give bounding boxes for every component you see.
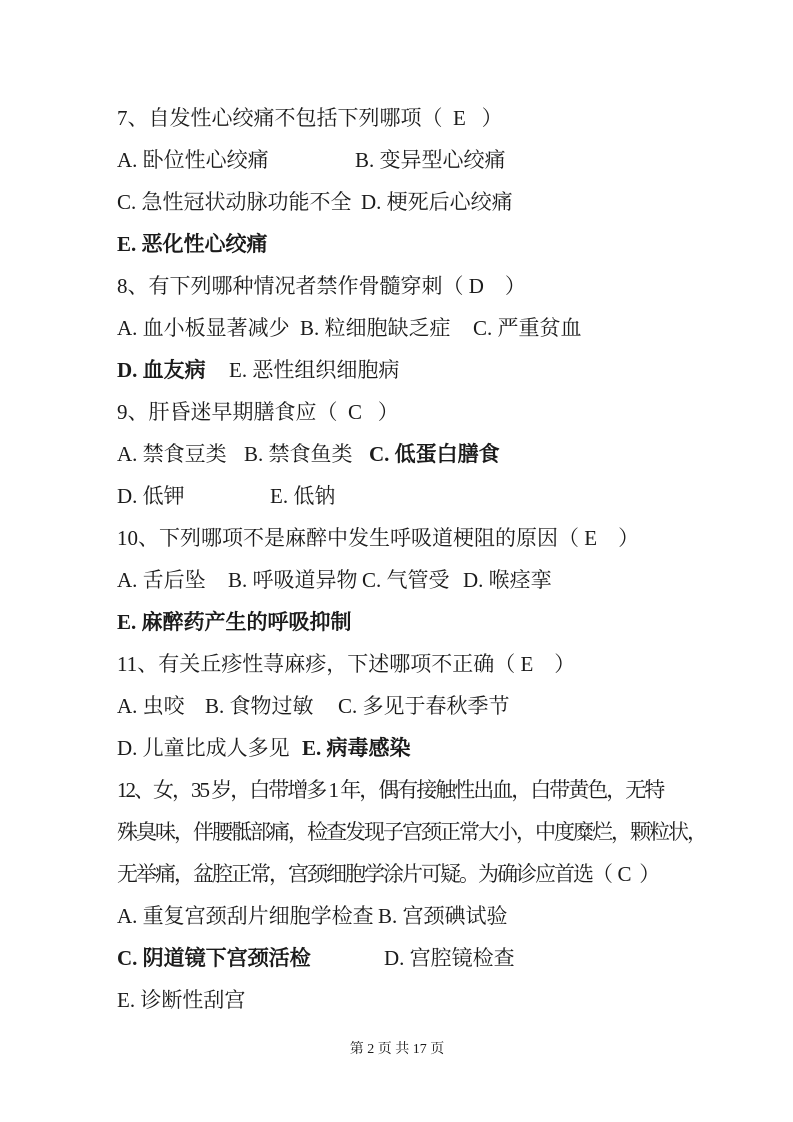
q11-option-b: B. 食物过敏 xyxy=(205,691,314,721)
q9-option-e: E. 低钠 xyxy=(270,481,335,511)
document-page: 7、自发性心绞痛不包括下列哪项（ E ）A. 卧位性心绞痛B. 变异型心绞痛C.… xyxy=(0,0,793,1122)
q10-option-a: A. 舌后坠 xyxy=(117,565,206,595)
q10-option-e: E. 麻醉药产生的呼吸抑制 xyxy=(117,607,352,637)
q12-option-b: B. 宫颈碘试验 xyxy=(378,901,508,931)
q7-option-a: A. 卧位性心绞痛 xyxy=(117,145,269,175)
q12-stem-text-3: 无举痛，盆腔正常，宫颈细胞学涂片可疑。为确诊应首选（ C ） xyxy=(117,859,658,889)
q8-option-e: E. 恶性组织细胞病 xyxy=(229,355,399,385)
q9-stem-text: 9、肝昏迷早期膳食应（ C ） xyxy=(117,397,399,427)
q9-options-row-2: D. 低钾E. 低钠 xyxy=(0,481,793,515)
q10-option-d: D. 喉痉挛 xyxy=(463,565,552,595)
q10-options-row-1: A. 舌后坠B. 呼吸道异物C. 气管受D. 喉痉挛 xyxy=(0,565,793,599)
q12-option-c: C. 阴道镜下宫颈活检 xyxy=(117,943,311,973)
q11-options-row-2: D. 儿童比成人多见E. 病毒感染 xyxy=(0,733,793,767)
q12-option-e: E. 诊断性刮宫 xyxy=(117,985,245,1015)
q8-options-row-2: D. 血友病E. 恶性组织细胞病 xyxy=(0,355,793,389)
q12-stem-line-3: 无举痛，盆腔正常，宫颈细胞学涂片可疑。为确诊应首选（ C ） xyxy=(0,859,793,893)
q12-option-d: D. 宫腔镜检查 xyxy=(384,943,515,973)
q11-option-c: C. 多见于春秋季节 xyxy=(338,691,510,721)
q11-stem: 11、有关丘疹性荨麻疹，下述哪项不正确（ E ） xyxy=(0,649,793,683)
q9-options-row-1: A. 禁食豆类B. 禁食鱼类C. 低蛋白膳食 xyxy=(0,439,793,473)
q11-options-row-1: A. 虫咬B. 食物过敏C. 多见于春秋季节 xyxy=(0,691,793,725)
q12-stem-text-1: 12、女，35 岁，白带增多 1 年，偶有接触性出血，白带黄色，无特 xyxy=(117,775,663,805)
q7-option-b: B. 变异型心绞痛 xyxy=(355,145,506,175)
q11-stem-text: 11、有关丘疹性荨麻疹，下述哪项不正确（ E ） xyxy=(117,649,575,679)
q10-stem: 10、下列哪项不是麻醉中发生呼吸道梗阻的原因（ E ） xyxy=(0,523,793,557)
q12-options-row-2: C. 阴道镜下宫颈活检D. 宫腔镜检查 xyxy=(0,943,793,977)
q8-option-a: A. 血小板显著减少 xyxy=(117,313,290,343)
q8-option-d: D. 血友病 xyxy=(117,355,206,385)
q8-option-c: C. 严重贫血 xyxy=(473,313,582,343)
q8-stem-text: 8、有下列哪种情况者禁作骨髓穿刺（ D ） xyxy=(117,271,526,301)
q11-option-a: A. 虫咬 xyxy=(117,691,185,721)
q10-stem-text: 10、下列哪项不是麻醉中发生呼吸道梗阻的原因（ E ） xyxy=(117,523,639,553)
q9-option-d: D. 低钾 xyxy=(117,481,185,511)
q12-option-a: A. 重复宫颈刮片细胞学检查 xyxy=(117,901,374,931)
q7-stem-text: 7、自发性心绞痛不包括下列哪项（ E ） xyxy=(117,103,503,133)
q12-stem-line-2: 殊臭味，伴腰骶部痛，检查发现子宫颈正常大小，中度糜烂，颗粒状， xyxy=(0,817,793,851)
q8-stem: 8、有下列哪种情况者禁作骨髓穿刺（ D ） xyxy=(0,271,793,305)
q7-stem: 7、自发性心绞痛不包括下列哪项（ E ） xyxy=(0,103,793,137)
q7-option-e: E. 恶化性心绞痛 xyxy=(117,229,268,259)
q9-option-c: C. 低蛋白膳食 xyxy=(369,439,500,469)
q12-options-row-3: E. 诊断性刮宫 xyxy=(0,985,793,1019)
q7-option-c: C. 急性冠状动脉功能不全 xyxy=(117,187,352,217)
q10-options-row-2: E. 麻醉药产生的呼吸抑制 xyxy=(0,607,793,641)
q11-option-d: D. 儿童比成人多见 xyxy=(117,733,290,763)
q7-option-d: D. 梗死后心绞痛 xyxy=(361,187,513,217)
q9-option-a: A. 禁食豆类 xyxy=(117,439,227,469)
q12-stem-line-1: 12、女，35 岁，白带增多 1 年，偶有接触性出血，白带黄色，无特 xyxy=(0,775,793,809)
q9-option-b: B. 禁食鱼类 xyxy=(244,439,353,469)
q12-options-row-1: A. 重复宫颈刮片细胞学检查B. 宫颈碘试验 xyxy=(0,901,793,935)
q7-options-row-1: A. 卧位性心绞痛B. 变异型心绞痛 xyxy=(0,145,793,179)
page-footer: 第 2 页 共 17 页 xyxy=(117,1038,677,1058)
q9-stem: 9、肝昏迷早期膳食应（ C ） xyxy=(0,397,793,431)
q7-options-row-3: E. 恶化性心绞痛 xyxy=(0,229,793,263)
q11-option-e: E. 病毒感染 xyxy=(302,733,411,763)
q10-option-c: C. 气管受 xyxy=(362,565,450,595)
q7-options-row-2: C. 急性冠状动脉功能不全D. 梗死后心绞痛 xyxy=(0,187,793,221)
q8-options-row-1: A. 血小板显著减少B. 粒细胞缺乏症C. 严重贫血 xyxy=(0,313,793,347)
q10-option-b: B. 呼吸道异物 xyxy=(228,565,358,595)
q8-option-b: B. 粒细胞缺乏症 xyxy=(300,313,451,343)
q12-stem-text-2: 殊臭味，伴腰骶部痛，检查发现子宫颈正常大小，中度糜烂，颗粒状， xyxy=(117,817,706,847)
